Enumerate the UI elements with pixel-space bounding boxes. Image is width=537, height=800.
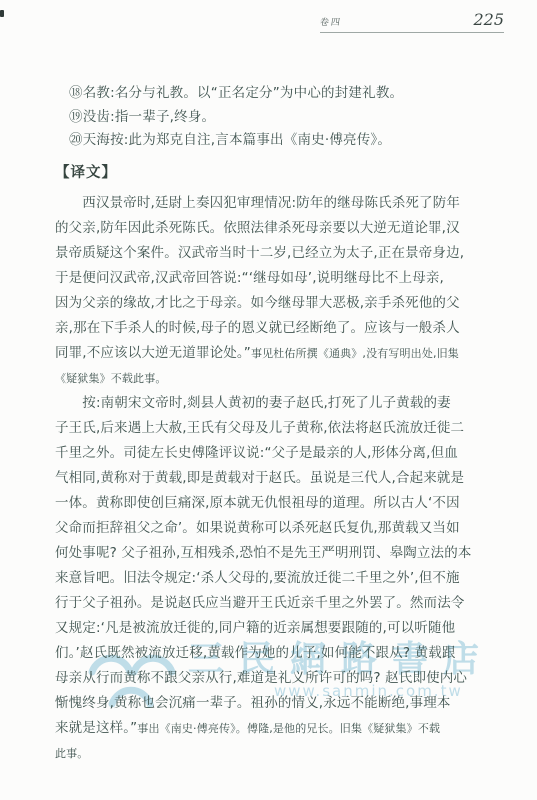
text-line: 们。’赵氏既然被流放迁移,黄载作为她的儿子,如何能不跟从? 黄载跟 (55, 641, 491, 666)
text-segment: 又规定:‘凡是被流放迁徙的,同户籍的近亲属想要跟随的,可以听随他 (55, 620, 455, 636)
inline-note: 事出《南史·傅亮传》。傅隆,是他的兄长。旧集《疑狱集》不载 (137, 722, 440, 735)
text-line: 何处事呢? 父子祖孙,互相残杀,恐怕不是先王严明刑罚、皋陶立法的本 (55, 541, 491, 566)
annotation-line: ⑳天海按:此为郑克自注,言本篇事出《南史·傅亮传》。 (55, 129, 491, 153)
annotation-list: ⑱名教:名分与礼教。以“正名定分”为中心的封建礼教。⑲没齿:指一辈子,终身。⑳天… (55, 82, 491, 153)
inline-note: 此事。 (55, 747, 88, 760)
text-line: 此事。 (55, 741, 491, 766)
text-segment: 千里之外。司徒左长史傅隆评议说:“父子是最亲的人,形体分离,但血 (55, 445, 458, 461)
page-number: 225 (473, 12, 504, 28)
text-segment: 来意旨吧。旧法令规定:‘杀人父母的,要流放迁徙二千里之外’,但不施 (55, 570, 460, 586)
text-line: 按:南朝宋文帝时,剡县人黄初的妻子赵氏,打死了儿子黄载的妻 (55, 391, 491, 416)
page-header: 卷四 225 (320, 12, 504, 33)
text-line: 来意旨吧。旧法令规定:‘杀人父母的,要流放迁徙二千里之外’,但不施 (55, 566, 491, 591)
text-line: 一体。黄称即使创巨痛深,原本就无仇恨祖母的道理。所以古人‘不因 (55, 491, 491, 516)
chapter-label: 卷四 (319, 15, 343, 28)
text-line: 行于父子祖孙。是说赵氏应当避开王氏近亲千里之外罢了。然而法令 (55, 591, 491, 616)
text-line: 气相同,黄称对于黄载,即是黄载对于赵氏。虽说是三代人,合起来就是 (55, 466, 491, 491)
translation-paragraphs: 西汉景帝时,廷尉上奏囚犯审理情况:防年的继母陈氏杀死了防年的父亲,防年因此杀死陈… (55, 191, 491, 766)
text-segment: 因为父亲的缘故,才比之于母亲。如今继母罪大恶极,亲手杀死他的父 (55, 295, 460, 311)
text-segment: 同罪,不应该以大逆无道罪论处。” (55, 345, 251, 361)
text-segment: 于是便问汉武帝,汉武帝回答说:“‘继母如母’,说明继母比不上母亲, (55, 270, 444, 286)
inline-note: 《疑狱集》不载此事。 (55, 372, 167, 385)
text-line: 同罪,不应该以大逆无道罪论处。”事见杜佑所撰《通典》,没有写明出处,旧集 (55, 341, 491, 366)
inline-note: 事见杜佑所撰《通典》,没有写明出处,旧集 (251, 347, 459, 360)
text-segment: 父命而拒辞祖父之命’。如果说黄称可以杀死赵氏复仇,那黄载又当如 (55, 520, 460, 536)
text-segment: 子王氏,后来遇上大赦,王氏有父母及儿子黄称,依法将赵氏流放迁徙二 (55, 420, 464, 436)
text-segment: 气相同,黄称对于黄载,即是黄载对于赵氏。虽说是三代人,合起来就是 (55, 470, 464, 486)
section-title: 【译文】 (55, 162, 491, 184)
text-segment: 何处事呢? 父子祖孙,互相残杀,恐怕不是先王严明刑罚、皋陶立法的本 (55, 545, 472, 561)
text-line: 千里之外。司徒左长史傅隆评议说:“父子是最亲的人,形体分离,但血 (55, 441, 491, 466)
annotation-line: ⑲没齿:指一辈子,终身。 (55, 106, 491, 130)
text-segment: 来就是这样。” (55, 720, 137, 736)
text-segment: 行于父子祖孙。是说赵氏应当避开王氏近亲千里之外罢了。然而法令 (55, 595, 465, 611)
text-line: 子王氏,后来遇上大赦,王氏有父母及儿子黄称,依法将赵氏流放迁徙二 (55, 416, 491, 441)
text-line: 父命而拒辞祖父之命’。如果说黄称可以杀死赵氏复仇,那黄载又当如 (55, 516, 491, 541)
page-content: ⑱名教:名分与礼教。以“正名定分”为中心的封建礼教。⑲没齿:指一辈子,终身。⑳天… (55, 82, 491, 766)
text-line: 因为父亲的缘故,才比之于母亲。如今继母罪大恶极,亲手杀死他的父 (55, 291, 491, 316)
text-segment: 景帝质疑这个案件。汉武帝当时十二岁,已经立为太子,正在景帝身边, (55, 245, 464, 261)
text-line: 的父亲,防年因此杀死陈氏。依照法律杀死母亲要以大逆无道论罪,汉 (55, 216, 491, 241)
text-line: 西汉景帝时,廷尉上奏囚犯审理情况:防年的继母陈氏杀死了防年 (55, 191, 491, 216)
text-segment: 一体。黄称即使创巨痛深,原本就无仇恨祖母的道理。所以古人‘不因 (55, 495, 460, 511)
text-segment: 亲,那在下手杀人的时候,母子的恩义就已经断绝了。应该与一般杀人 (55, 320, 460, 336)
text-segment: 母亲从行而黄称不跟父亲从行,难道是礼义所许可的吗? 赵氏即使内心 (55, 670, 467, 686)
text-line: 《疑狱集》不载此事。 (55, 366, 491, 391)
text-line: 亲,那在下手杀人的时候,母子的恩义就已经断绝了。应该与一般杀人 (55, 316, 491, 341)
text-line: 母亲从行而黄称不跟父亲从行,难道是礼义所许可的吗? 赵氏即使内心 (55, 666, 491, 691)
text-line: 惭愧终身,黄称也会沉痛一辈子。祖孙的情义,永远不能断绝,事理本 (55, 691, 491, 716)
text-line: 又规定:‘凡是被流放迁徙的,同户籍的近亲属想要跟随的,可以听随他 (55, 616, 491, 641)
book-page: 卷四 225 三民網路書店 www.sanmin.com.tw ⑱名教:名分与礼… (0, 0, 537, 800)
text-segment: 按:南朝宋文帝时,剡县人黄初的妻子赵氏,打死了儿子黄载的妻 (55, 395, 451, 411)
text-segment: 西汉景帝时,廷尉上奏囚犯审理情况:防年的继母陈氏杀死了防年 (55, 195, 460, 211)
text-line: 于是便问汉武帝,汉武帝回答说:“‘继母如母’,说明继母比不上母亲, (55, 266, 491, 291)
scan-artifact (0, 10, 4, 17)
text-line: 景帝质疑这个案件。汉武帝当时十二岁,已经立为太子,正在景帝身边, (55, 241, 491, 266)
text-line: 来就是这样。”事出《南史·傅亮传》。傅隆,是他的兄长。旧集《疑狱集》不载 (55, 716, 491, 741)
text-segment: 惭愧终身,黄称也会沉痛一辈子。祖孙的情义,永远不能断绝,事理本 (55, 695, 451, 711)
text-segment: 的父亲,防年因此杀死陈氏。依照法律杀死母亲要以大逆无道论罪,汉 (55, 220, 460, 236)
annotation-line: ⑱名教:名分与礼教。以“正名定分”为中心的封建礼教。 (55, 82, 491, 106)
text-segment: 们。’赵氏既然被流放迁移,黄载作为她的儿子,如何能不跟从? 黄载跟 (55, 645, 456, 661)
